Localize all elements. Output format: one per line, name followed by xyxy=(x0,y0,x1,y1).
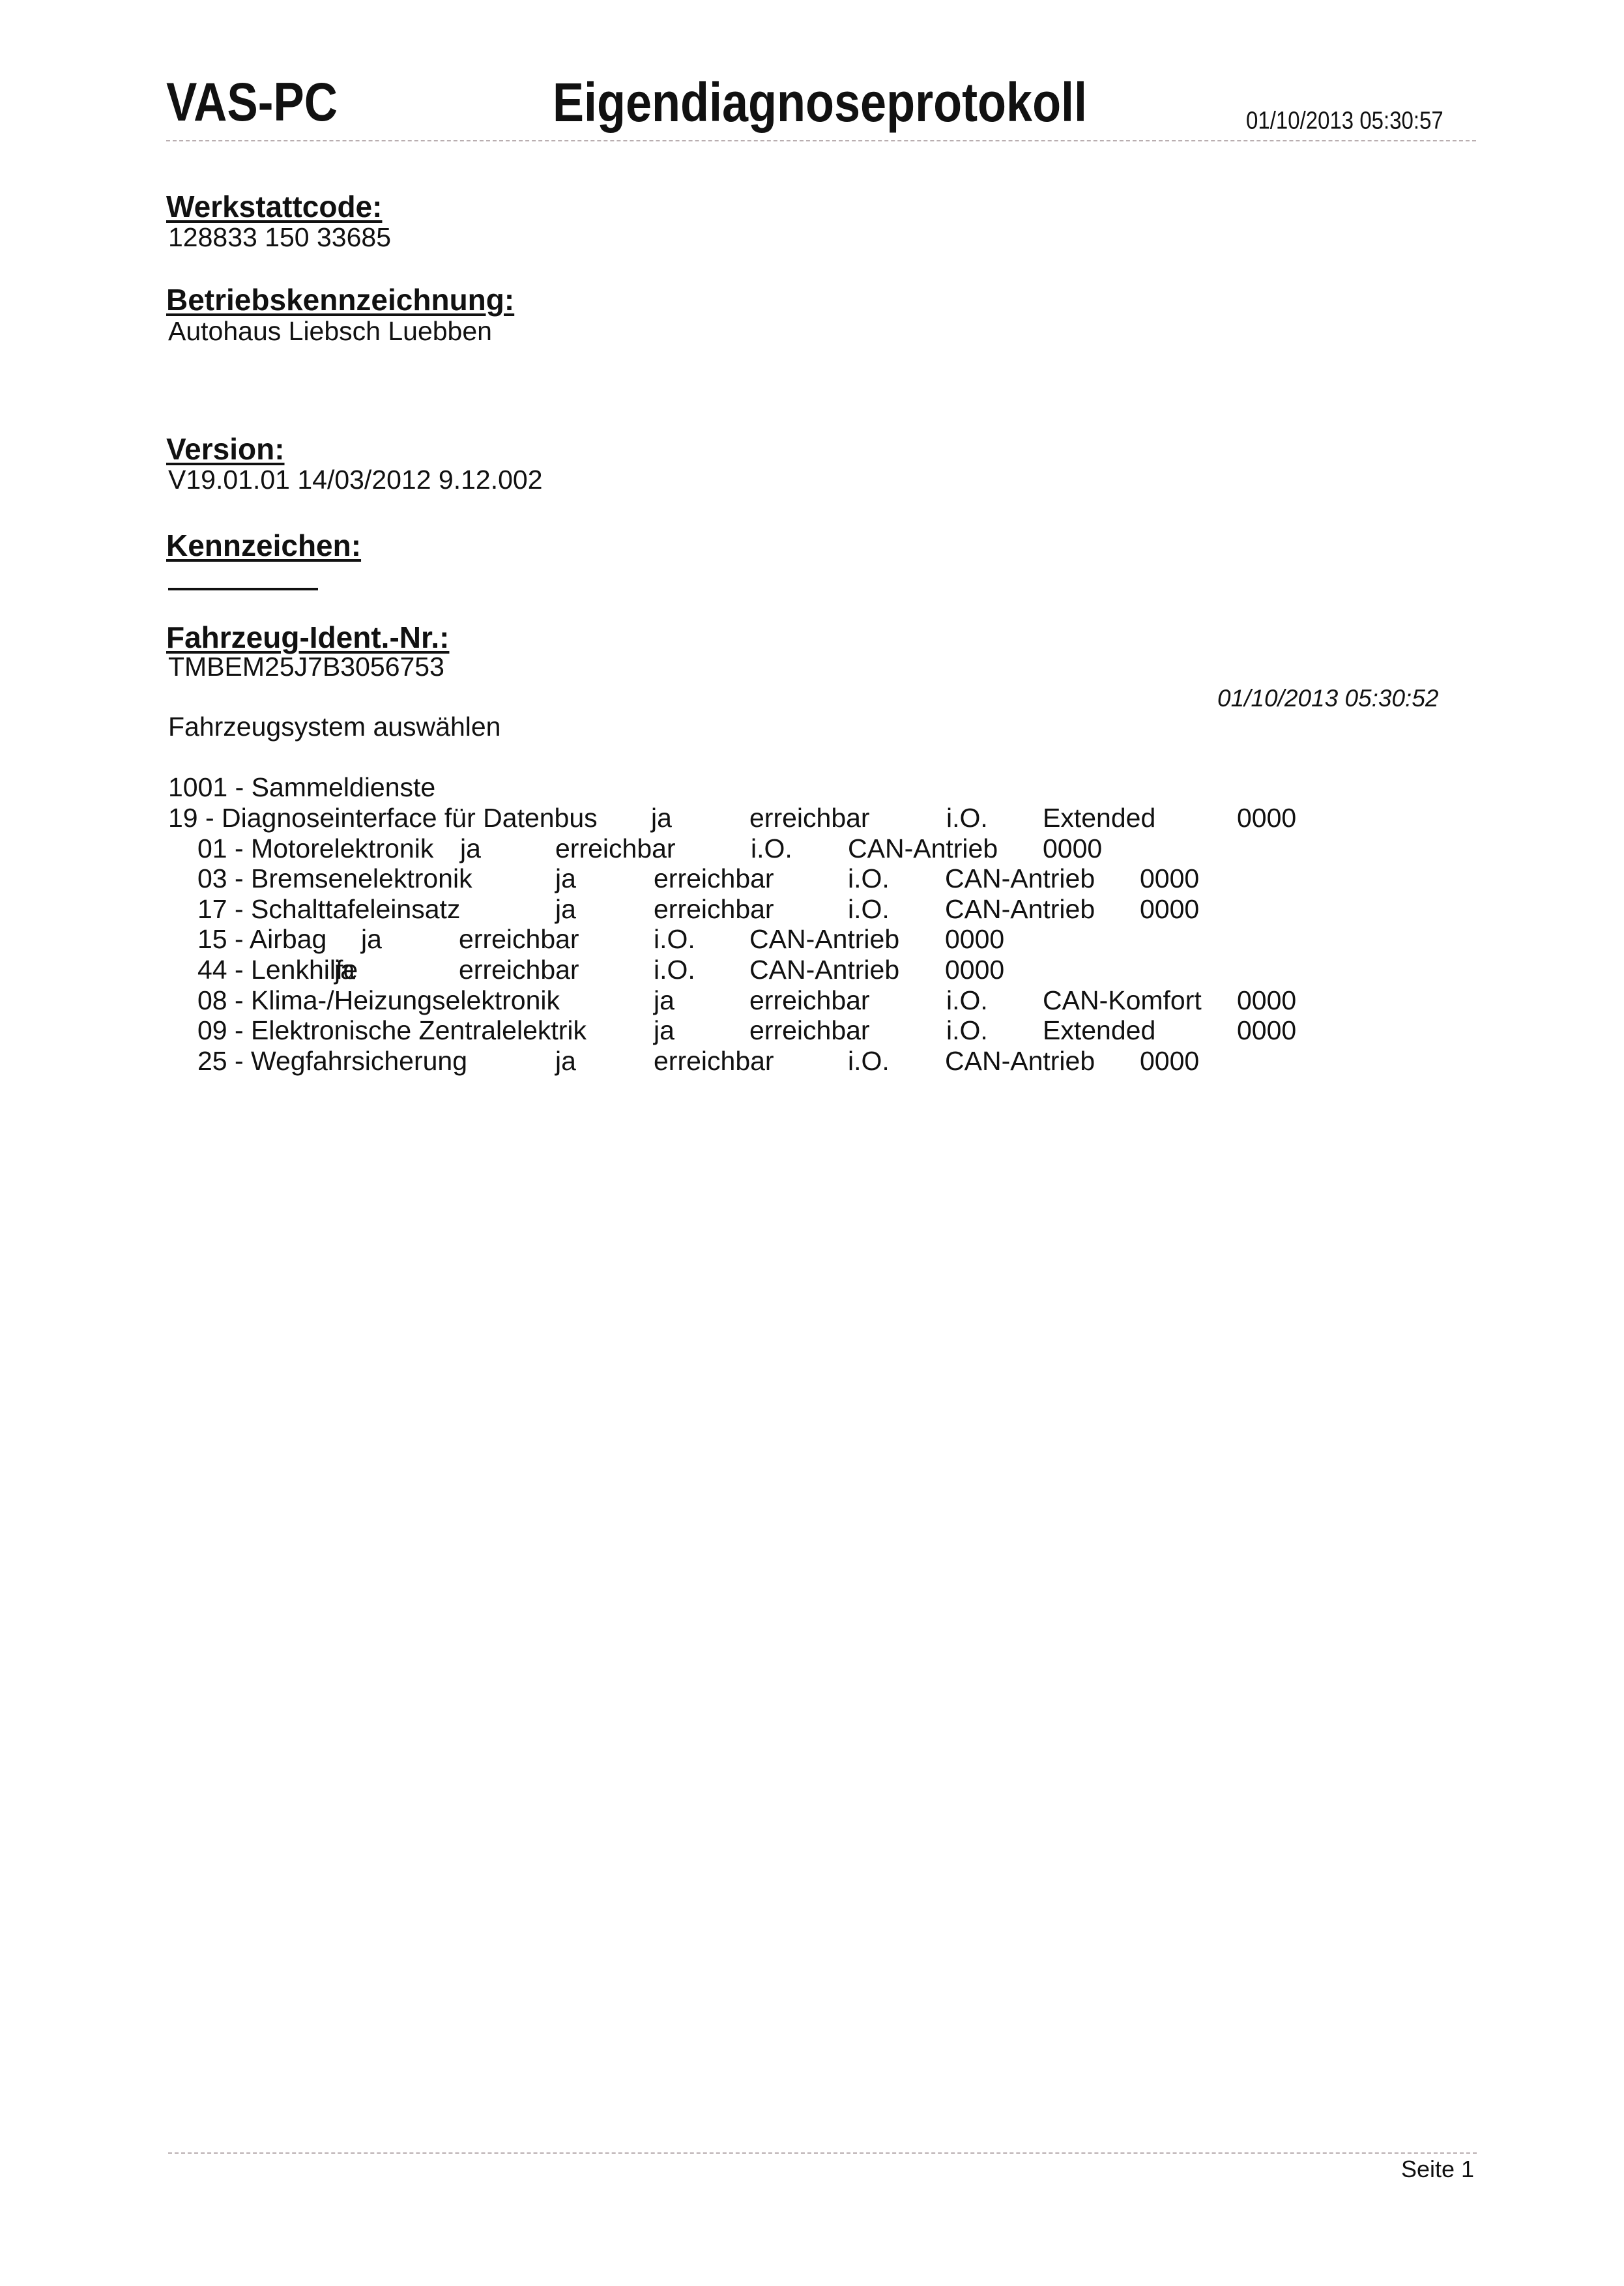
bus-type: Extended xyxy=(1043,805,1155,832)
fault-count: 0000 xyxy=(945,957,1004,983)
bus-type: CAN-Antrieb xyxy=(945,865,1095,892)
coded-flag: ja xyxy=(555,1048,576,1075)
reachability: erreichbar xyxy=(555,835,676,862)
fault-count: 0000 xyxy=(1140,1048,1199,1075)
coded-flag: ja xyxy=(460,835,481,862)
status: i.O. xyxy=(654,957,695,983)
system-name: 25 - Wegfahrsicherung xyxy=(197,1048,467,1075)
version-value: V19.01.01 14/03/2012 9.12.002 xyxy=(168,467,543,493)
system-group: 1001 - Sammeldienste xyxy=(168,774,435,801)
print-timestamp: 01/10/2013 05:30:57 xyxy=(1246,108,1443,132)
bus-type: CAN-Antrieb xyxy=(945,1048,1095,1075)
reachability: erreichbar xyxy=(749,987,870,1014)
status: i.O. xyxy=(654,926,695,953)
reachability: erreichbar xyxy=(749,1017,870,1044)
header-divider xyxy=(166,140,1476,141)
vin-label: Fahrzeug-Ident.-Nr.: xyxy=(166,622,449,652)
fault-count: 0000 xyxy=(1043,835,1102,862)
reachability: erreichbar xyxy=(654,1048,774,1075)
workshop-code-value: 128833 150 33685 xyxy=(168,224,391,251)
system-name: 03 - Bremsenelektronik xyxy=(197,865,472,892)
reachability: erreichbar xyxy=(459,926,579,953)
system-name: 17 - Schalttafeleinsatz xyxy=(197,896,460,923)
bus-type: CAN-Antrieb xyxy=(749,957,899,983)
company-id-label: Betriebskennzeichnung: xyxy=(166,285,514,315)
coded-flag: ja xyxy=(651,805,672,832)
bus-type: CAN-Antrieb xyxy=(945,896,1095,923)
session-action: Fahrzeugsystem auswählen xyxy=(168,714,500,740)
coded-flag: ja xyxy=(334,957,355,983)
status: i.O. xyxy=(848,865,890,892)
bus-type: CAN-Antrieb xyxy=(848,835,998,862)
coded-flag: ja xyxy=(654,1017,674,1044)
company-id-value: Autohaus Liebsch Luebben xyxy=(168,318,492,345)
coded-flag: ja xyxy=(361,926,382,953)
fault-count: 0000 xyxy=(1140,896,1199,923)
reachability: erreichbar xyxy=(654,896,774,923)
reachability: erreichbar xyxy=(654,865,774,892)
status: i.O. xyxy=(946,805,988,832)
status: i.O. xyxy=(946,1017,988,1044)
fault-count: 0000 xyxy=(1140,865,1199,892)
vin-value: TMBEM25J7B3056753 xyxy=(168,654,444,680)
bus-type: CAN-Antrieb xyxy=(749,926,899,953)
version-label: Version: xyxy=(166,434,285,464)
fault-count: 0000 xyxy=(1237,987,1296,1014)
status: i.O. xyxy=(946,987,988,1014)
license-plate-label: Kennzeichen: xyxy=(166,530,361,560)
status: i.O. xyxy=(751,835,792,862)
app-name: VAS-PC xyxy=(166,76,338,130)
status: i.O. xyxy=(848,1048,890,1075)
reachability: erreichbar xyxy=(459,957,579,983)
coded-flag: ja xyxy=(555,865,576,892)
system-name: 15 - Airbag xyxy=(197,926,326,953)
system-name: 01 - Motorelektronik xyxy=(197,835,433,862)
document-title: Eigendiagnoseprotokoll xyxy=(553,76,1087,130)
fault-count: 0000 xyxy=(1237,805,1296,832)
fault-count: 0000 xyxy=(1237,1017,1296,1044)
license-plate-blank xyxy=(168,588,318,590)
reachability: erreichbar xyxy=(749,805,870,832)
status: i.O. xyxy=(848,896,890,923)
page-number: Seite 1 xyxy=(1401,2158,1474,2181)
workshop-code-label: Werkstattcode: xyxy=(166,192,382,222)
coded-flag: ja xyxy=(555,896,576,923)
bus-type: CAN-Komfort xyxy=(1043,987,1202,1014)
footer-divider xyxy=(168,2152,1477,2154)
coded-flag: ja xyxy=(654,987,674,1014)
session-timestamp: 01/10/2013 05:30:52 xyxy=(1217,686,1439,710)
system-name: 19 - Diagnoseinterface für Datenbus xyxy=(168,805,598,832)
bus-type: Extended xyxy=(1043,1017,1155,1044)
system-name: 08 - Klima-/Heizungselektronik xyxy=(197,987,560,1014)
system-name: 09 - Elektronische Zentralelektrik xyxy=(197,1017,587,1044)
fault-count: 0000 xyxy=(945,926,1004,953)
